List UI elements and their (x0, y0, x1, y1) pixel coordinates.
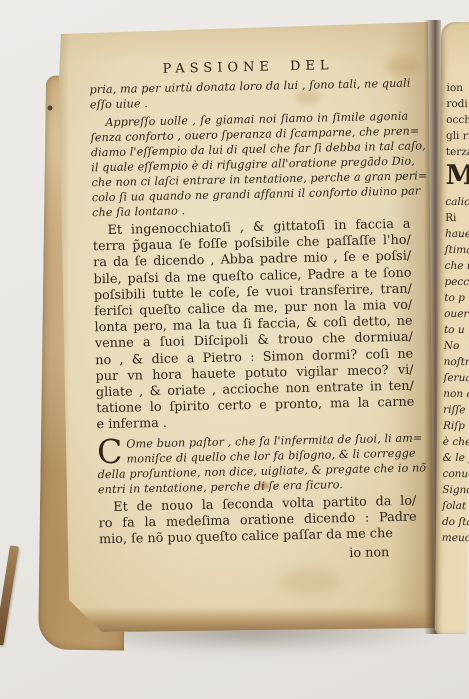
catchword: io non (99, 545, 417, 568)
facing-line: noſtr (444, 354, 469, 370)
facing-line: occh (446, 112, 469, 128)
facing-page-edge: ion rodi occh gli ri terza M calice Ri h… (435, 22, 469, 634)
facing-line: conue (442, 466, 469, 482)
comment-paragraph: C Ome buon paſtor , che ſa l'infermita d… (97, 430, 416, 497)
facing-line: Signo (442, 482, 469, 498)
facing-line: ſtima (445, 242, 469, 258)
wormhole-mark (48, 105, 53, 110)
facing-line: Riſp (443, 418, 469, 434)
facing-line: non co (443, 386, 469, 402)
facing-line: ſeruan (443, 370, 469, 386)
paragraph-italic-2: Appreſſo uolle , ſe giamai noi ſiamo in … (90, 109, 410, 221)
facing-line: to u (444, 322, 469, 338)
facing-page-text: ion rodi occh gli ri terza M calice Ri h… (442, 80, 469, 546)
paragraph-italic-1: pria, ma per uirtù donata loro da lui , … (89, 76, 408, 113)
facing-line: ouer (444, 306, 469, 322)
facing-line: to p (444, 290, 469, 306)
facing-line: che u (445, 258, 469, 274)
facing-line: calice (445, 194, 469, 210)
facing-line: No (444, 338, 469, 354)
facing-line: ſolat (442, 498, 469, 514)
gospel-paragraph-1: Et ingenocchiatoſi , & gittatoſi in facc… (92, 217, 414, 434)
text-block: PASSIONE DEL pria, ma per uirtù donata l… (89, 57, 417, 568)
drop-cap-C: C (97, 436, 127, 467)
facing-line: & le ſ (443, 450, 469, 466)
gospel-paragraph-2: Et de nouo la ſeconda volta partito da l… (98, 493, 417, 548)
facing-line: è che (443, 434, 469, 450)
facing-line: gli ri (446, 128, 469, 144)
facing-line: rodi (446, 96, 469, 112)
facing-line: do ſta (442, 514, 469, 530)
facing-line: Ri (445, 210, 469, 226)
facing-line: meuol (442, 530, 469, 546)
photo-backdrop: PASSIONE DEL pria, ma per uirtù donata l… (0, 0, 469, 699)
facing-line: terza (446, 144, 469, 160)
left-page: PASSIONE DEL pria, ma per uirtù donata l… (55, 20, 436, 635)
facing-line: riſſe il (443, 402, 469, 418)
facing-line: pecc (444, 274, 469, 290)
facing-drop-cap-M: M (445, 160, 469, 194)
facing-line: ion (446, 80, 469, 96)
facing-line: haueſ (445, 226, 469, 242)
paper-stain (280, 568, 340, 594)
leather-tie-strap (0, 545, 19, 645)
